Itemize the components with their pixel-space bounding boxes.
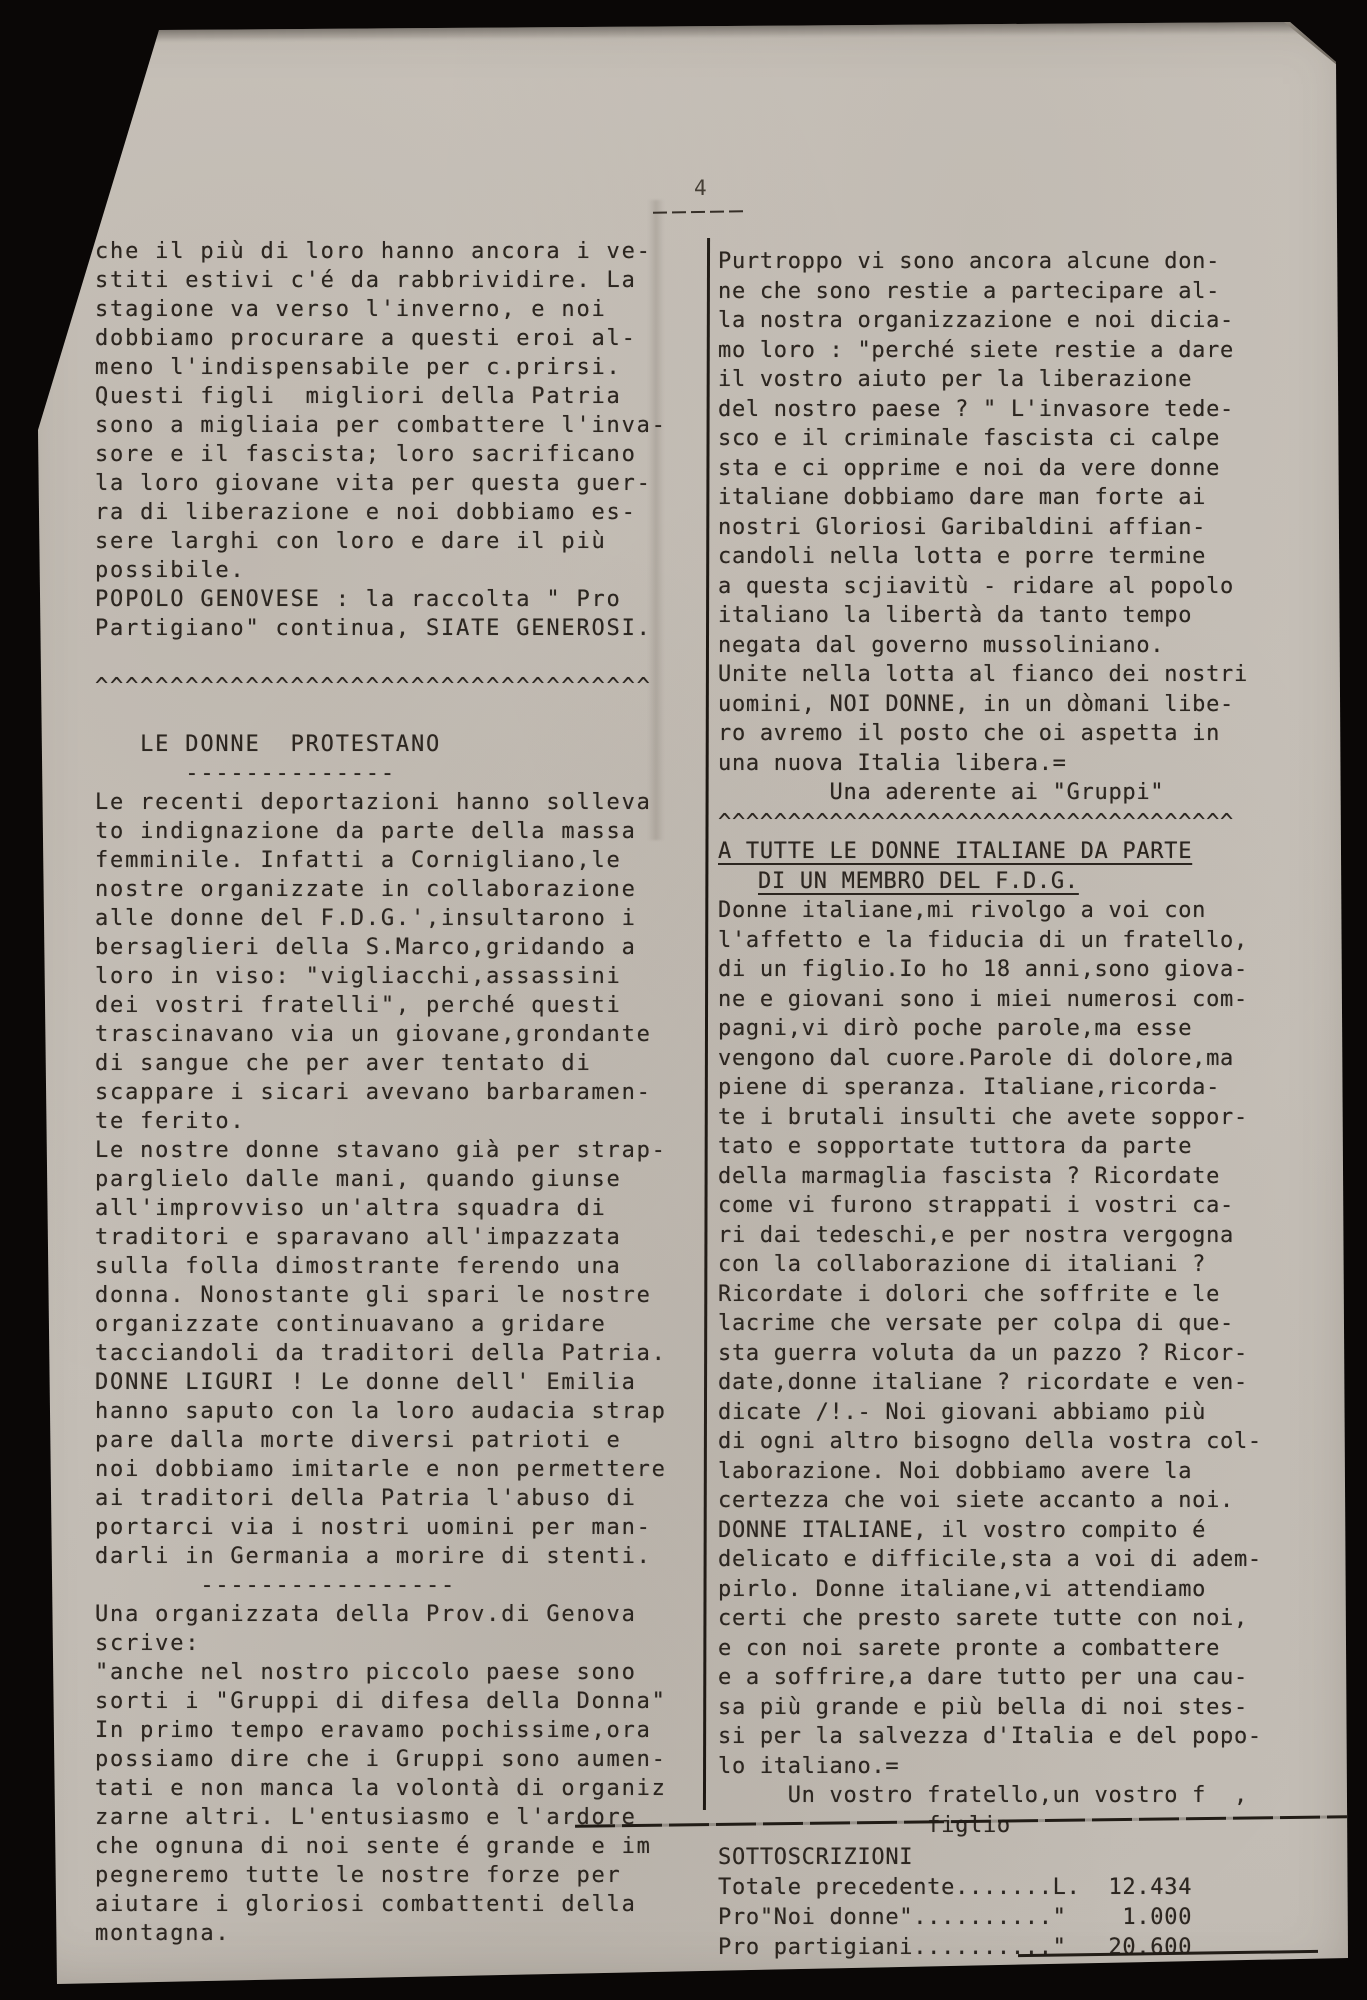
- right-column-top-lines: Purtroppo vi sono ancora alcune don-ne c…: [718, 247, 1343, 837]
- text-line: te ferito.: [95, 1107, 705, 1136]
- text-line: femminile. Infatti a Cornigliano,le: [95, 846, 705, 875]
- text-line: Pro"Noi donne".........." 1.000: [718, 1903, 1192, 1933]
- text-line: sulla folla dimostrante ferendo una: [95, 1252, 705, 1281]
- text-line: figlio: [718, 1811, 1343, 1841]
- text-line: L. 35.034: [718, 1963, 1192, 1993]
- right-column-body-lines: Donne italiane,mi rivolgo a voi conl'aff…: [718, 896, 1343, 1840]
- text-line: candoli nella lotta e porre termine: [718, 542, 1343, 572]
- text-line: Le nostre donne stavano già per strap-: [95, 1136, 705, 1165]
- text-line: pirlo. Donne italiane,vi attendiamo: [718, 1575, 1343, 1605]
- text-line: POPOLO GENOVESE : la raccolta " Pro: [95, 585, 705, 614]
- text-line: tati e non manca la volontà di organiz: [95, 1774, 705, 1803]
- text-line: Ricordate i dolori che soffrite e le: [718, 1280, 1343, 1310]
- text-line: Donne italiane,mi rivolgo a voi con: [718, 896, 1343, 926]
- text-line: ne e giovani sono i miei numerosi com-: [718, 985, 1343, 1015]
- text-line: sa più grande e più bella di noi stes-: [718, 1693, 1343, 1723]
- text-line: hanno saputo con la loro audacia strap: [95, 1397, 705, 1426]
- text-line: possibile.: [95, 556, 705, 585]
- text-line: stagione va verso l'inverno, e noi: [95, 295, 705, 324]
- text-line: vengono dal cuore.Parole di dolore,ma: [718, 1044, 1343, 1074]
- text-line: aiutare i gloriosi combattenti della: [95, 1890, 705, 1919]
- text-line: sta guerra voluta da un pazzo ? Ricor-: [718, 1339, 1343, 1369]
- right-column-text: Purtroppo vi sono ancora alcune don-ne c…: [718, 247, 1343, 1840]
- text-line: laborazione. Noi dobbiamo avere la: [718, 1457, 1343, 1487]
- text-line: certezza che voi siete accanto a noi.: [718, 1486, 1343, 1516]
- text-line: ne che sono restie a partecipare al-: [718, 277, 1343, 307]
- text-line: to indignazione da parte della massa: [95, 817, 705, 846]
- text-line: tato e sopportate tuttora da parte: [718, 1132, 1343, 1162]
- text-line: Totale precedente.......L. 12.434: [718, 1873, 1192, 1903]
- text-line: bersaglieri della S.Marco,gridando a: [95, 933, 705, 962]
- text-line: donna. Nonostante gli spari le nostre: [95, 1281, 705, 1310]
- text-line: Purtroppo vi sono ancora alcune don-: [718, 247, 1343, 277]
- text-line: DONNE ITALIANE, il vostro compito é: [718, 1516, 1343, 1546]
- text-line: DONNE LIGURI ! Le donne dell' Emilia: [95, 1368, 705, 1397]
- text-line: pegneremo tutte le nostre forze per: [95, 1861, 705, 1890]
- text-line: negata dal governo mussoliniano.: [718, 631, 1343, 661]
- text-line: [95, 701, 705, 730]
- text-line: scappare i sicari avevano barbaramen-: [95, 1078, 705, 1107]
- text-line: ^^^^^^^^^^^^^^^^^^^^^^^^^^^^^^^^^^^^^: [95, 672, 705, 701]
- text-line: --------------: [95, 759, 705, 788]
- text-line: certi che presto sarete tutte con noi,: [718, 1604, 1343, 1634]
- text-line: Partigiano" continua, SIATE GENEROSI.: [95, 614, 705, 643]
- text-line: traditori e sparavano all'impazzata: [95, 1223, 705, 1252]
- text-line: mo loro : "perché siete restie a dare: [718, 336, 1343, 366]
- text-line: lo italiano.=: [718, 1752, 1343, 1782]
- text-line: possiamo dire che i Gruppi sono aumen-: [95, 1745, 705, 1774]
- text-line: parglielo dalle mani, quando giunse: [95, 1165, 705, 1194]
- text-line: a questa scjiavitù - ridare al popolo: [718, 572, 1343, 602]
- text-line: ri dai tedeschi,e per nostra vergogna: [718, 1221, 1343, 1251]
- text-line: scrive:: [95, 1629, 705, 1658]
- text-line: stiti estivi c'é da rabbrividire. La: [95, 266, 705, 295]
- text-line: della marmaglia fascista ? Ricordate: [718, 1162, 1343, 1192]
- page-number: 4: [694, 176, 707, 200]
- text-line: organizzate continuavano a gridare: [95, 1310, 705, 1339]
- text-line: con la collaborazione di italiani ?: [718, 1250, 1343, 1280]
- text-line: di un figlio.Io ho 18 anni,sono giova-: [718, 955, 1343, 985]
- text-line: noi dobbiamo imitarle e non permettere: [95, 1455, 705, 1484]
- text-line: che il più di loro hanno ancora i ve-: [95, 237, 705, 266]
- text-line: loro in viso: "vigliacchi,assassini: [95, 962, 705, 991]
- text-line: e con noi sarete pronte a combattere: [718, 1634, 1343, 1664]
- text-line: tacciandoli da traditori della Patria.: [95, 1339, 705, 1368]
- text-line: pare dalla morte diversi patrioti e: [95, 1426, 705, 1455]
- article-heading-line1: A TUTTE LE DONNE ITALIANE DA PARTE: [718, 837, 1343, 867]
- text-line: come vi furono strappati i vostri ca-: [718, 1191, 1343, 1221]
- text-line: del nostro paese ? " L'invasore tede-: [718, 395, 1343, 425]
- text-line: SOTTOSCRIZIONI: [718, 1843, 1192, 1873]
- article-heading-line2: DI UN MEMBRO DEL F.D.G.: [758, 867, 1343, 897]
- text-line: ro avremo il posto che oi aspetta in: [718, 719, 1343, 749]
- text-line: la loro giovane vita per questa guer-: [95, 469, 705, 498]
- text-line: sere larghi con loro e dare il più: [95, 527, 705, 556]
- text-line: l'affetto e la fiducia di un fratello,: [718, 926, 1343, 956]
- text-line: sco e il criminale fascista ci calpe: [718, 424, 1343, 454]
- text-line: dobbiamo procurare a questi eroi al-: [95, 324, 705, 353]
- text-line: Pro partigiani.........." 20.600: [718, 1933, 1192, 1963]
- text-line: italiano la libertà da tanto tempo: [718, 601, 1343, 631]
- text-line: Unite nella lotta al fianco dei nostri: [718, 660, 1343, 690]
- text-line: sore e il fascista; loro sacrificano: [95, 440, 705, 469]
- text-line: ra di liberazione e noi dobbiamo es-: [95, 498, 705, 527]
- text-line: zarne altri. L'entusiasmo e l'ardore: [95, 1803, 705, 1832]
- text-line: -----------------: [95, 1571, 705, 1600]
- text-line: darli in Germania a morire di stenti.: [95, 1542, 705, 1571]
- text-line: date,donne italiane ? ricordate e ven-: [718, 1368, 1343, 1398]
- text-line: [95, 643, 705, 672]
- text-line: italiane dobbiamo dare man forte ai: [718, 483, 1343, 513]
- text-line: il vostro aiuto per la liberazione: [718, 365, 1343, 395]
- text-line: che ognuna di noi sente é grande e im: [95, 1832, 705, 1861]
- text-line: piene di speranza. Italiane,ricorda-: [718, 1073, 1343, 1103]
- text-line: ^^^^^^^^^^^^^^^^^^^^^^^^^^^^^^^^^^^^^: [718, 808, 1343, 838]
- paper-top-edge-smudge: [140, 12, 1345, 42]
- text-line: lacrime che versate per colpa di que-: [718, 1309, 1343, 1339]
- text-line: sono a migliaia per combattere l'inva-: [95, 411, 705, 440]
- text-line: trascinavano via un giovane,grondante: [95, 1020, 705, 1049]
- text-line: LE DONNE PROTESTANO: [95, 730, 705, 759]
- page-number-underline: [653, 210, 743, 214]
- text-line: di ogni altro bisogno della vostra col-: [718, 1427, 1343, 1457]
- text-line: pagni,vi dirò poche parole,ma esse: [718, 1014, 1343, 1044]
- text-line: Una organizzata della Prov.di Genova: [95, 1600, 705, 1629]
- text-line: ai traditori della Patria l'abuso di: [95, 1484, 705, 1513]
- text-line: te i brutali insulti che avete soppor-: [718, 1103, 1343, 1133]
- text-line: e a soffrire,a dare tutto per una cau-: [718, 1663, 1343, 1693]
- text-line: "anche nel nostro piccolo paese sono: [95, 1658, 705, 1687]
- left-column-text: che il più di loro hanno ancora i ve-sti…: [95, 237, 705, 1948]
- scanned-page-photo: 4 che il più di loro hanno ancora i ve-s…: [0, 0, 1367, 2000]
- text-line: si per la salvezza d'Italia e del popo-: [718, 1722, 1343, 1752]
- text-line: nostri Gloriosi Garibaldini affian-: [718, 513, 1343, 543]
- text-line: delicato e difficile,sta a voi di adem-: [718, 1545, 1343, 1575]
- text-line: Una aderente ai "Gruppi": [718, 778, 1343, 808]
- text-line: uomini, NOI DONNE, in un dòmani libe-: [718, 690, 1343, 720]
- text-line: meno l'indispensabile per c.prirsi.: [95, 353, 705, 382]
- text-line: sorti i "Gruppi di difesa della Donna": [95, 1687, 705, 1716]
- text-line: nostre organizzate in collaborazione: [95, 875, 705, 904]
- text-line: di sangue che per aver tentato di: [95, 1049, 705, 1078]
- text-line: Le recenti deportazioni hanno solleva: [95, 788, 705, 817]
- text-line: dicate /!.- Noi giovani abbiamo più: [718, 1398, 1343, 1428]
- text-line: la nostra organizzazione e noi dicia-: [718, 306, 1343, 336]
- text-line: sta e ci opprime e noi da vere donne: [718, 454, 1343, 484]
- text-line: all'improvviso un'altra squadra di: [95, 1194, 705, 1223]
- text-line: In primo tempo eravamo pochissime,ora: [95, 1716, 705, 1745]
- text-line: portarci via i nostri uomini per man-: [95, 1513, 705, 1542]
- text-line: una nuova Italia libera.=: [718, 749, 1343, 779]
- text-line: montagna.: [95, 1919, 705, 1948]
- text-line: Un vostro fratello,un vostro f ,: [718, 1781, 1343, 1811]
- subscriptions-block: SOTTOSCRIZIONITotale precedente.......L.…: [718, 1843, 1192, 1993]
- text-line: Questi figli migliori della Patria: [95, 382, 705, 411]
- text-line: alle donne del F.D.G.',insultarono i: [95, 904, 705, 933]
- paper-sheet: 4 che il più di loro hanno ancora i ve-s…: [0, 0, 1367, 2000]
- text-line: dei vostri fratelli", perché questi: [95, 991, 705, 1020]
